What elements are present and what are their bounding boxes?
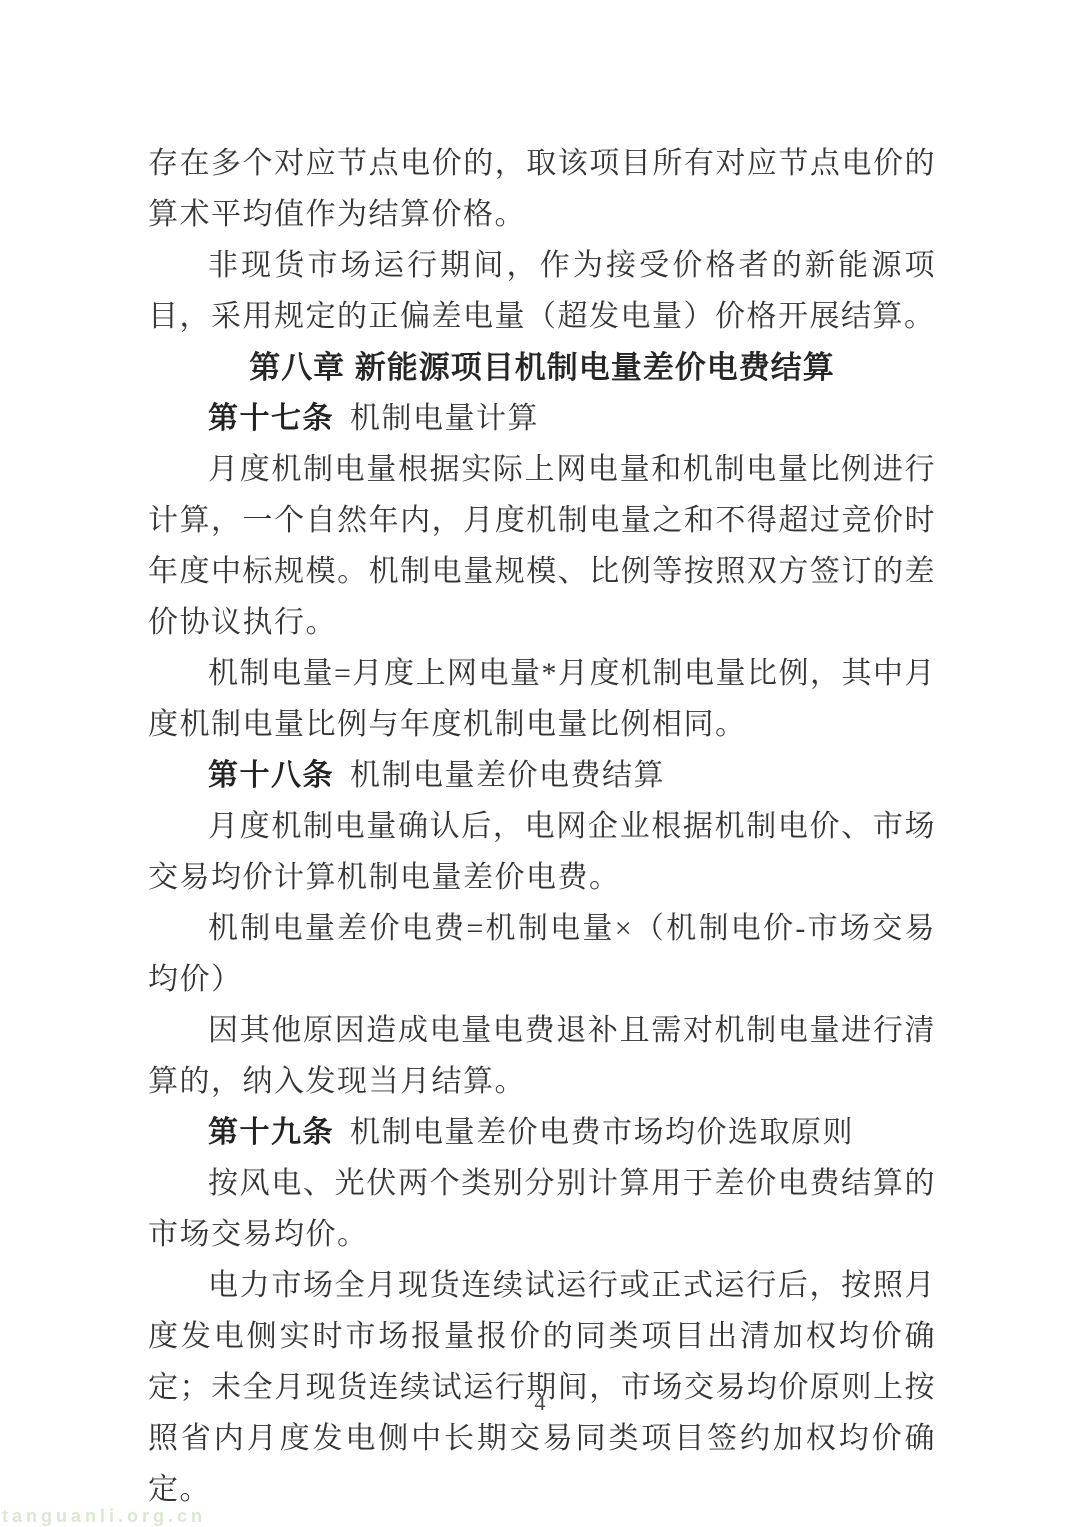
article-heading-18: 第十八条机制电量差价电费结算: [148, 750, 936, 801]
article-heading-17: 第十七条机制电量计算: [148, 393, 936, 444]
document-page: { "content": { "blocks": [ { "type": "pa…: [0, 0, 1080, 1527]
article-title: 机制电量计算: [350, 402, 539, 435]
paragraph: 电力市场全月现货连续试运行或正式运行后，按照月度发电侧实时市场报量报价的同类项目…: [148, 1260, 936, 1515]
formula-paragraph: 机制电量=月度上网电量*月度机制电量比例，其中月度机制电量比例与年度机制电量比例…: [148, 648, 936, 750]
paragraph: 因其他原因造成电量电费退补且需对机制电量进行清算的，纳入发现当月结算。: [148, 1005, 936, 1107]
article-heading-19: 第十九条机制电量差价电费市场均价选取原则: [148, 1107, 936, 1158]
paragraph: 月度机制电量确认后，电网企业根据机制电价、市场交易均价计算机制电量差价电费。: [148, 801, 936, 903]
formula-paragraph: 机制电量差价电费=机制电量×（机制电价-市场交易均价）: [148, 903, 936, 1005]
page-number: 4: [0, 1390, 1080, 1416]
watermark: tanguanli.org.cn: [2, 1506, 206, 1527]
document-body: 存在多个对应节点电价的，取该项目所有对应节点电价的算术平均值作为结算价格。 非现…: [148, 138, 936, 1515]
article-title: 机制电量差价电费市场均价选取原则: [350, 1116, 854, 1149]
chapter-heading: 第八章 新能源项目机制电量差价电费结算: [148, 342, 936, 393]
paragraph: 按风电、光伏两个类别分别计算用于差价电费结算的市场交易均价。: [148, 1158, 936, 1260]
paragraph-continuation: 存在多个对应节点电价的，取该项目所有对应节点电价的算术平均值作为结算价格。: [148, 138, 936, 240]
paragraph: 非现货市场运行期间，作为接受价格者的新能源项目，采用规定的正偏差电量（超发电量）…: [148, 240, 936, 342]
article-number: 第十九条: [208, 1116, 334, 1149]
paragraph: 月度机制电量根据实际上网电量和机制电量比例进行计算，一个自然年内，月度机制电量之…: [148, 444, 936, 648]
article-title: 机制电量差价电费结算: [350, 759, 665, 792]
article-number: 第十八条: [208, 759, 334, 792]
article-number: 第十七条: [208, 402, 334, 435]
